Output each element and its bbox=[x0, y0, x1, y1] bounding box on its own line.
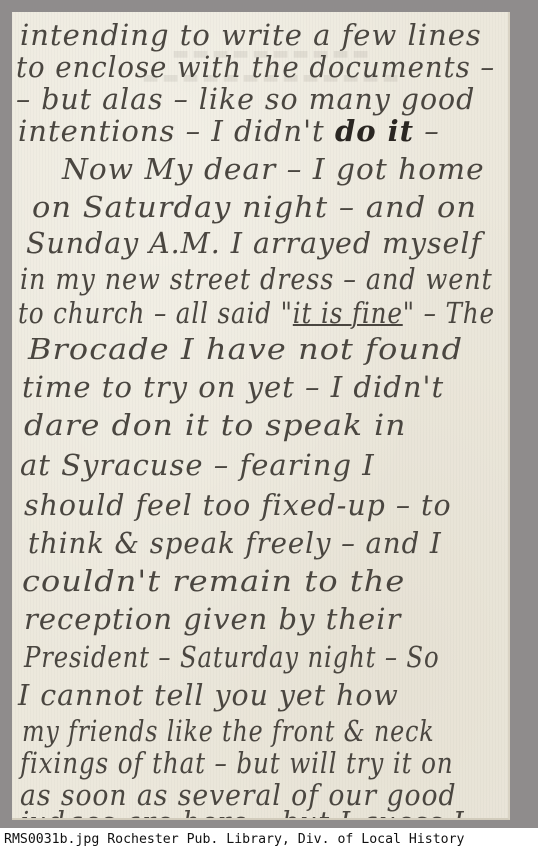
line-9-end: " – The bbox=[403, 296, 495, 330]
handwritten-line-11: time to try on yet – I didn't bbox=[22, 370, 444, 404]
handwritten-line-4: intentions – I didn't do it – bbox=[18, 114, 440, 148]
handwritten-line-20: my friends like the front & neck bbox=[22, 714, 434, 748]
handwritten-line-10: Brocade I have not found bbox=[28, 332, 463, 366]
handwritten-line-5: Now My dear – I got home bbox=[62, 152, 485, 186]
handwritten-line-16: couldn't remain to the bbox=[22, 564, 405, 598]
scanned-page: ▬▬▬▬▬▬▬▬▬▬ ▬▬▬▬▬▬▬▬▬▬▬▬▬ intending to wr… bbox=[0, 0, 538, 828]
handwritten-line-6: on Saturday night – and on bbox=[32, 190, 477, 224]
handwritten-line-18: President – Saturday night – So bbox=[24, 640, 439, 674]
handwritten-line-21: fixings of that – but will try it on bbox=[20, 746, 453, 780]
handwritten-line-15: think & speak freely – and I bbox=[28, 526, 442, 560]
handwritten-line-2: to enclose with the documents – bbox=[16, 50, 495, 84]
handwritten-line-3: – but alas – like so many good bbox=[16, 82, 475, 116]
line-4-text: intentions – I didn't bbox=[18, 114, 335, 148]
handwritten-line-1: intending to write a few lines bbox=[20, 18, 482, 52]
handwritten-line-14: should feel too fixed-up – to bbox=[24, 488, 452, 522]
line-9-text: to church – all said " bbox=[18, 296, 293, 330]
emphasized-text: do it bbox=[335, 114, 414, 148]
line-4-dash: – bbox=[414, 114, 440, 148]
handwritten-line-7: Sunday A.M. I arrayed myself bbox=[26, 226, 482, 260]
handwritten-line-19: I cannot tell you yet how bbox=[18, 678, 399, 712]
handwritten-line-23: judges are here – but I guess I bbox=[20, 805, 465, 820]
handwritten-line-17: reception given by their bbox=[24, 602, 401, 636]
letter-paper: ▬▬▬▬▬▬▬▬▬▬ ▬▬▬▬▬▬▬▬▬▬▬▬▬ intending to wr… bbox=[12, 12, 510, 820]
handwritten-line-12: dare don it to speak in bbox=[24, 408, 406, 442]
handwritten-line-13: at Syracuse – fearing I bbox=[20, 448, 375, 482]
handwritten-line-9: to church – all said "it is fine" – The bbox=[18, 296, 495, 330]
underlined-text: it is fine bbox=[293, 296, 403, 330]
handwritten-line-8: in my new street dress – and went bbox=[20, 262, 493, 296]
image-caption: RMS0031b.jpg Rochester Pub. Library, Div… bbox=[0, 828, 538, 851]
